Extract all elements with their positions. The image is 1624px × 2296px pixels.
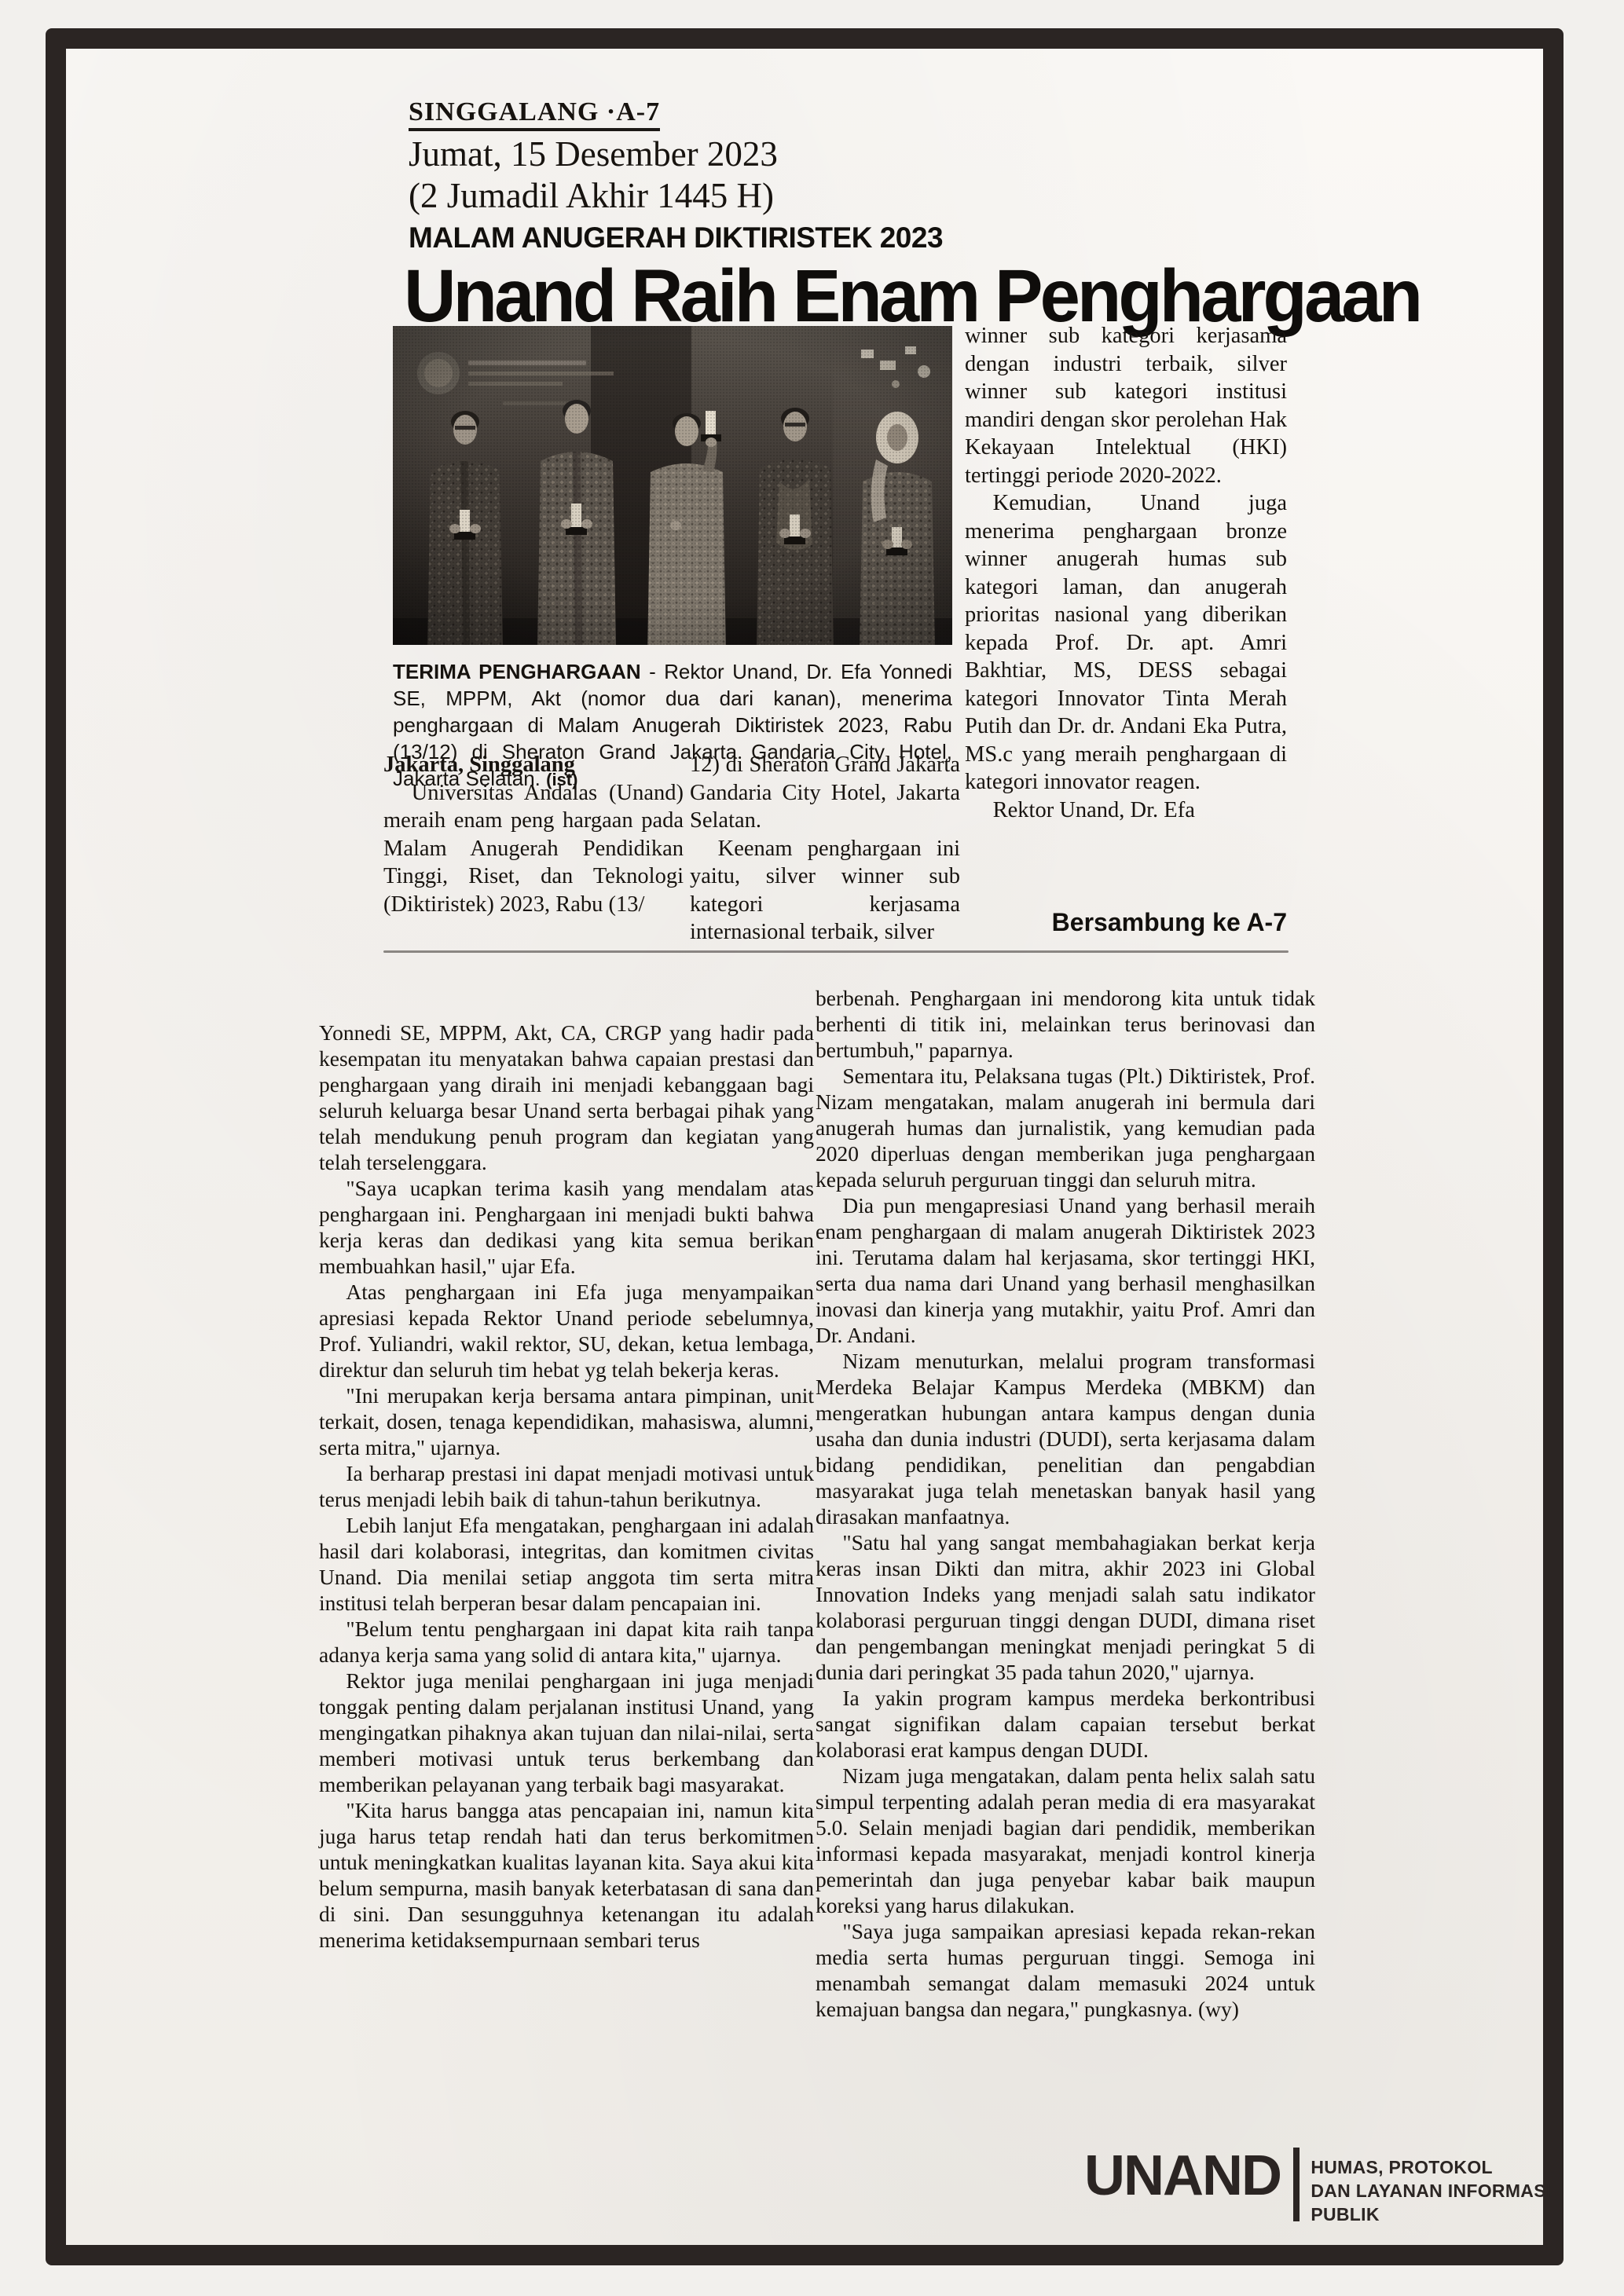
paragraph: "Ini merupakan kerja bersama antara pimp… — [319, 1382, 814, 1460]
paragraph: Nizam menuturkan, melalui program transf… — [816, 1348, 1315, 1529]
intro-column-1: Jakarta, Singgalang Universitas Andalas … — [383, 751, 684, 957]
paragraph: Kemudian, Unand juga menerima penghargaa… — [965, 489, 1287, 796]
intro-column-2: 12) di Sheraton Grand Jakarta Gandaria C… — [690, 751, 960, 957]
paragraph: Nizam juga mengatakan, dalam penta helix… — [816, 1763, 1315, 1918]
paragraph: Lebih lanjut Efa mengatakan, penghargaan… — [319, 1512, 814, 1616]
paragraph: "Satu hal yang sangat membahagiakan berk… — [816, 1529, 1315, 1685]
date-line: Jumat, 15 Desember 2023 — [409, 137, 778, 172]
paragraph: Sementara itu, Pelaksana tugas (Plt.) Di… — [816, 1063, 1315, 1192]
paragraph: Rektor Unand, Dr. Efa — [965, 796, 1287, 825]
newspaper-scan-page: { "masthead": { "page_label": "SINGGALAN… — [0, 0, 1624, 2296]
logo-tagline-2: DAN LAYANAN INFORMASI PUBLIK — [1311, 2179, 1603, 2226]
paragraph: "Saya juga sampaikan apresiasi kepada re… — [816, 1918, 1315, 2022]
news-photo — [393, 326, 952, 645]
article-kicker: MALAM ANUGERAH DIKTIRISTEK 2023 — [409, 223, 943, 252]
newspaper-name-page-ref: SINGGALANG ·A-7 — [409, 99, 660, 131]
logo-tagline-1: HUMAS, PROTOKOL — [1311, 2155, 1603, 2179]
intro-column-1-paragraphs: Universitas Andalas (Unand) meraih enam … — [383, 779, 684, 919]
paragraph: Rektor juga menilai penghargaan ini juga… — [319, 1668, 814, 1797]
paragraph: Yonnedi SE, MPPM, Akt, CA, CRGP yang had… — [319, 1020, 814, 1175]
body-column-2: berbenah. Penghargaan ini mendorong kita… — [816, 985, 1315, 2022]
paragraph: "Kita harus bangga atas pencapaian ini, … — [319, 1797, 814, 1953]
paragraph: "Belum tentu penghargaan ini dapat kita … — [319, 1616, 814, 1668]
paragraph: Ia berharap prestasi ini dapat menjadi m… — [319, 1460, 814, 1512]
body-column-1: Yonnedi SE, MPPM, Akt, CA, CRGP yang had… — [319, 1020, 814, 1953]
paragraph: 12) di Sheraton Grand Jakarta Gandaria C… — [690, 751, 960, 835]
paragraph: Universitas Andalas (Unand) meraih enam … — [383, 779, 684, 919]
caption-lead: TERIMA PENGHARGAAN — [393, 660, 641, 683]
paragraph: Dia pun mengapresiasi Unand yang berhasi… — [816, 1192, 1315, 1348]
section-divider-rule — [383, 950, 1289, 953]
dateline: Jakarta, Singgalang — [383, 751, 684, 779]
unand-wordmark: UNAND — [1084, 2148, 1281, 2204]
paragraph: berbenah. Penghargaan ini mendorong kita… — [816, 985, 1315, 1063]
paragraph: "Saya ucapkan terima kasih yang mendalam… — [319, 1175, 814, 1279]
logo-taglines: HUMAS, PROTOKOL DAN LAYANAN INFORMASI PU… — [1311, 2148, 1603, 2226]
paragraph: Keenam penghargaan ini yaitu, silver win… — [690, 835, 960, 947]
hijri-date-line: (2 Jumadil Akhir 1445 H) — [409, 178, 774, 214]
paragraph: Ia yakin program kampus merdeka berkontr… — [816, 1685, 1315, 1763]
clipping-frame: SINGGALANG ·A-7 Jumat, 15 Desember 2023 … — [46, 28, 1564, 2265]
continued-notice: Bersambung ke A-7 — [965, 910, 1287, 935]
logo-divider-bar — [1293, 2148, 1300, 2221]
unand-footer-logo: UNAND HUMAS, PROTOKOL DAN LAYANAN INFORM… — [1084, 2148, 1603, 2226]
paragraph: winner sub kategori kerjasama dengan ind… — [965, 322, 1287, 489]
paragraph: Atas penghargaan ini Efa juga menyampaik… — [319, 1279, 814, 1382]
intro-column-3: winner sub kategori kerjasama dengan ind… — [965, 322, 1287, 917]
